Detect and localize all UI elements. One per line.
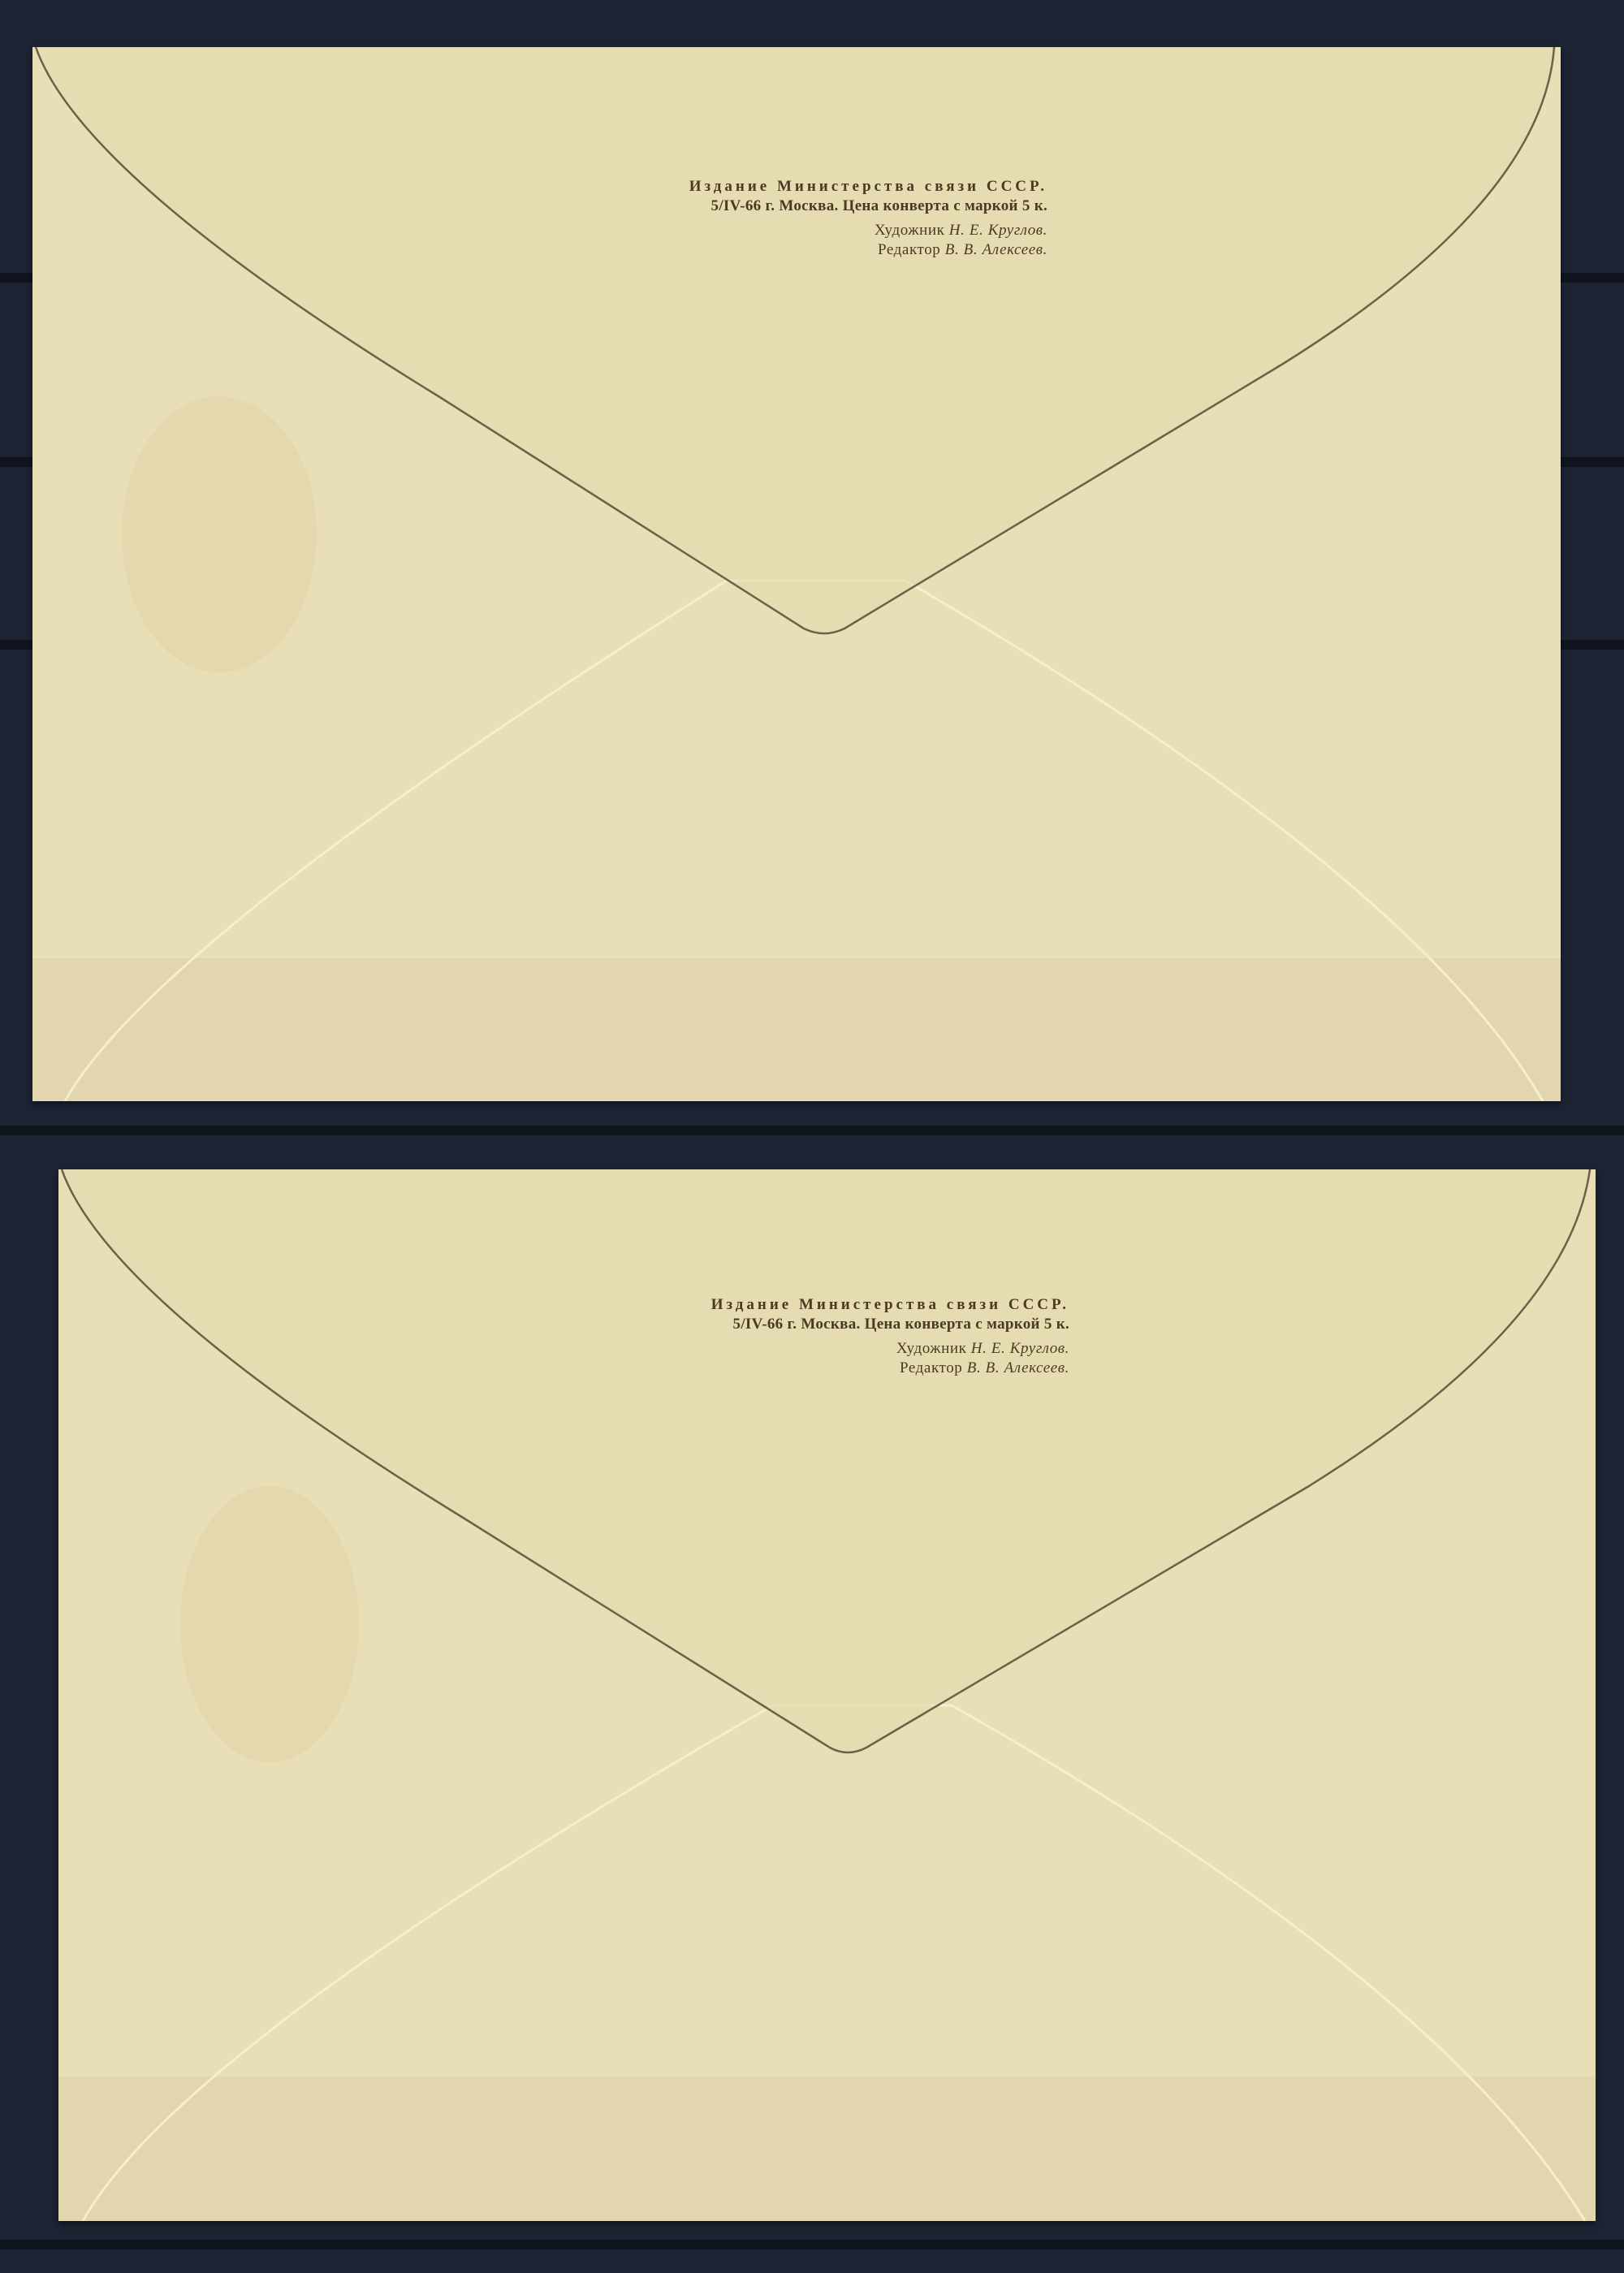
envelope-back-1: Издание Министерства связи СССР. 5/IV-66… <box>32 47 1561 1101</box>
artist-credit: Художник Н. Е. Круглов. <box>594 1339 1069 1359</box>
editor-label: Редактор <box>900 1359 967 1376</box>
publisher-line: Издание Министерства связи СССР. <box>594 1295 1069 1315</box>
artist-name: Н. Е. Круглов. <box>949 222 1047 239</box>
background-strip <box>0 1126 1624 1135</box>
artist-label: Художник <box>896 1340 971 1357</box>
editor-credit: Редактор В. В. Алексеев. <box>594 1359 1069 1378</box>
background-strip <box>0 2240 1624 2249</box>
publisher-line: Издание Министерства связи СССР. <box>568 177 1047 197</box>
imprint-block: Издание Министерства связи СССР. 5/IV-66… <box>568 177 1047 260</box>
envelope-back-2: Издание Министерства связи СССР. 5/IV-66… <box>58 1169 1596 2221</box>
date-price-line: 5/IV-66 г. Москва. Цена конверта с марко… <box>594 1315 1069 1334</box>
artist-label: Художник <box>875 222 949 239</box>
artist-name: Н. Е. Круглов. <box>971 1340 1069 1357</box>
editor-label: Редактор <box>878 241 945 258</box>
imprint-block: Издание Министерства связи СССР. 5/IV-66… <box>594 1295 1069 1378</box>
date-price-line: 5/IV-66 г. Москва. Цена конверта с марко… <box>568 197 1047 216</box>
artist-credit: Художник Н. Е. Круглов. <box>568 221 1047 240</box>
editor-credit: Редактор В. В. Алексеев. <box>568 240 1047 260</box>
editor-name: В. В. Алексеев. <box>967 1359 1069 1376</box>
editor-name: В. В. Алексеев. <box>945 241 1047 258</box>
